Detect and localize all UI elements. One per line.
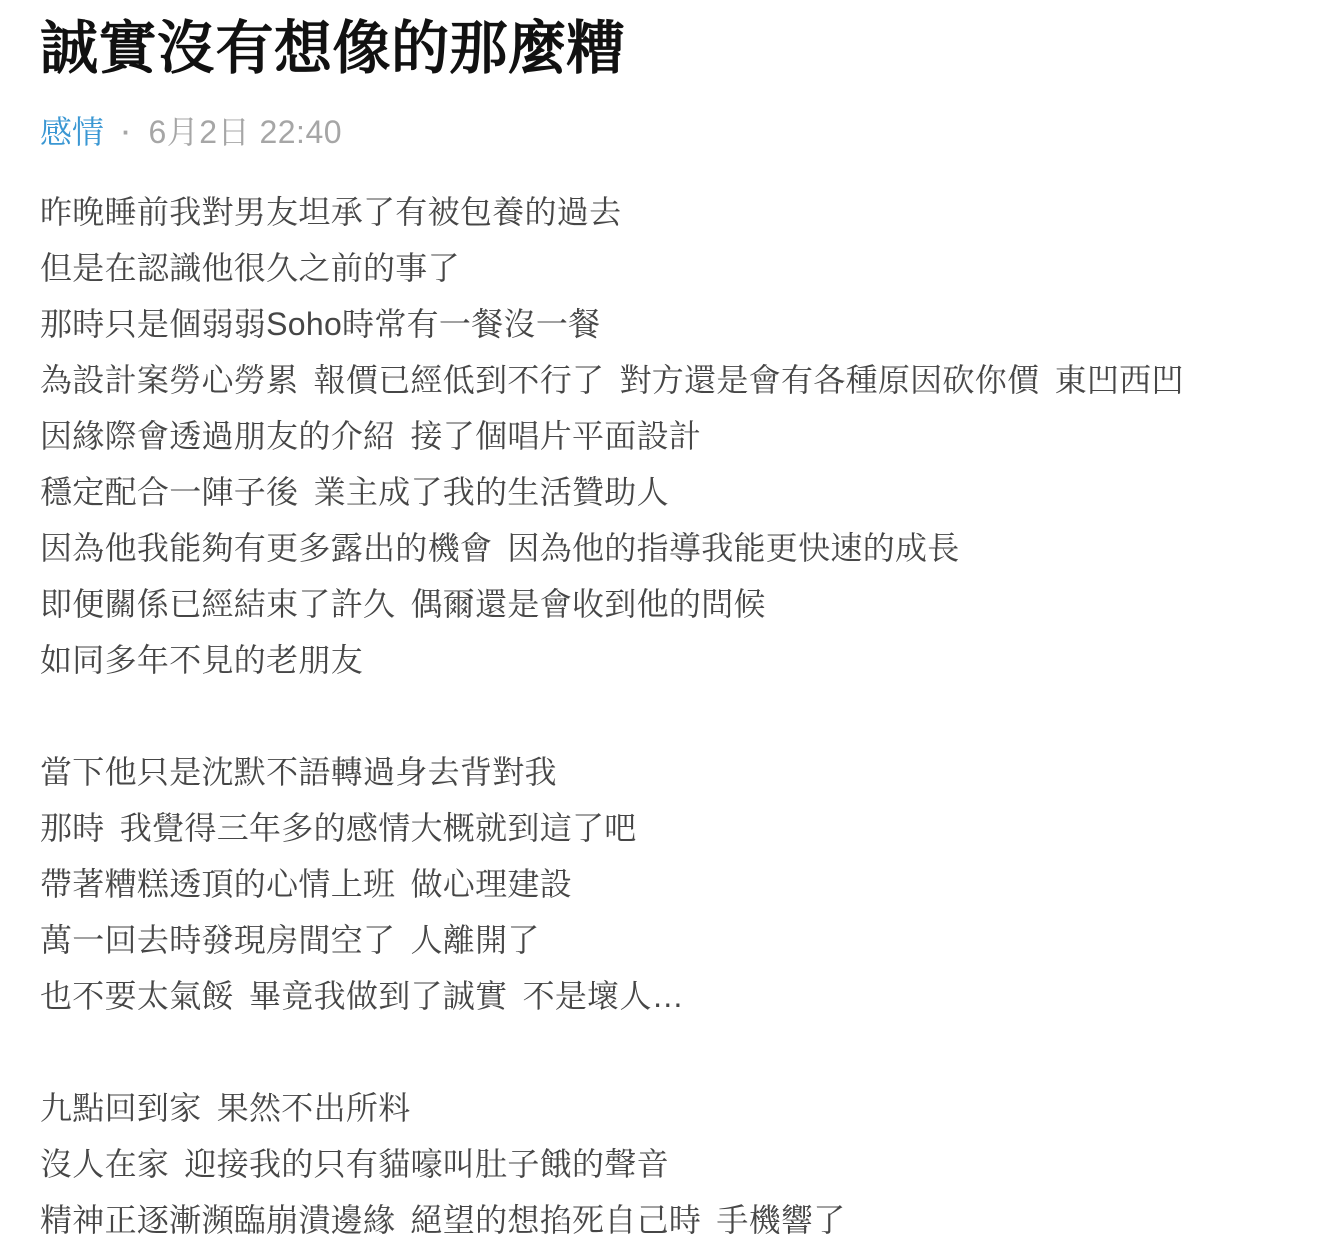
body-line: 但是在認識他很久之前的事了	[40, 240, 1300, 296]
body-line: 昨晚睡前我對男友坦承了有被包養的過去	[40, 184, 1300, 240]
body-line: 即便關係已經結束了許久 偶爾還是會收到他的問候	[40, 576, 1300, 632]
post-body: 昨晚睡前我對男友坦承了有被包養的過去但是在認識他很久之前的事了那時只是個弱弱So…	[40, 184, 1300, 1248]
body-line: 那時 我覺得三年多的感情大概就到這了吧	[40, 800, 1300, 856]
body-line: 如同多年不見的老朋友	[40, 632, 1300, 688]
body-line: 因緣際會透過朋友的介紹 接了個唱片平面設計	[40, 408, 1300, 464]
body-line: 那時只是個弱弱Soho時常有一餐沒一餐	[40, 296, 1300, 352]
body-blank-line	[40, 1024, 1300, 1080]
post-title: 誠實沒有想像的那麼糟	[40, 0, 1300, 82]
body-line: 萬一回去時發現房間空了 人離開了	[40, 912, 1300, 968]
body-line: 穩定配合一陣子後 業主成了我的生活贊助人	[40, 464, 1300, 520]
body-line: 因為他我能夠有更多露出的機會 因為他的指導我能更快速的成長	[40, 520, 1300, 576]
post-meta: 感情 · 6月2日 22:40	[40, 116, 1300, 148]
body-line: 精神正逐漸瀕臨崩潰邊緣 絕望的想掐死自己時 手機響了	[40, 1192, 1300, 1248]
category-link[interactable]: 感情	[40, 114, 104, 150]
body-line: 當下他只是沈默不語轉過身去背對我	[40, 744, 1300, 800]
meta-dot-separator: ·	[122, 116, 131, 148]
body-blank-line	[40, 688, 1300, 744]
post-page: 誠實沒有想像的那麼糟 感情 · 6月2日 22:40 昨晚睡前我對男友坦承了有被…	[0, 0, 1340, 1248]
body-line: 也不要太氣餒 畢竟我做到了誠實 不是壞人…	[40, 968, 1300, 1024]
body-line: 帶著糟糕透頂的心情上班 做心理建設	[40, 856, 1300, 912]
body-line: 沒人在家 迎接我的只有貓嚎叫肚子餓的聲音	[40, 1136, 1300, 1192]
body-line: 為設計案勞心勞累 報價已經低到不行了 對方還是會有各種原因砍你價 東凹西凹	[40, 352, 1300, 408]
post-timestamp: 6月2日 22:40	[148, 114, 342, 150]
body-line: 九點回到家 果然不出所料	[40, 1080, 1300, 1136]
